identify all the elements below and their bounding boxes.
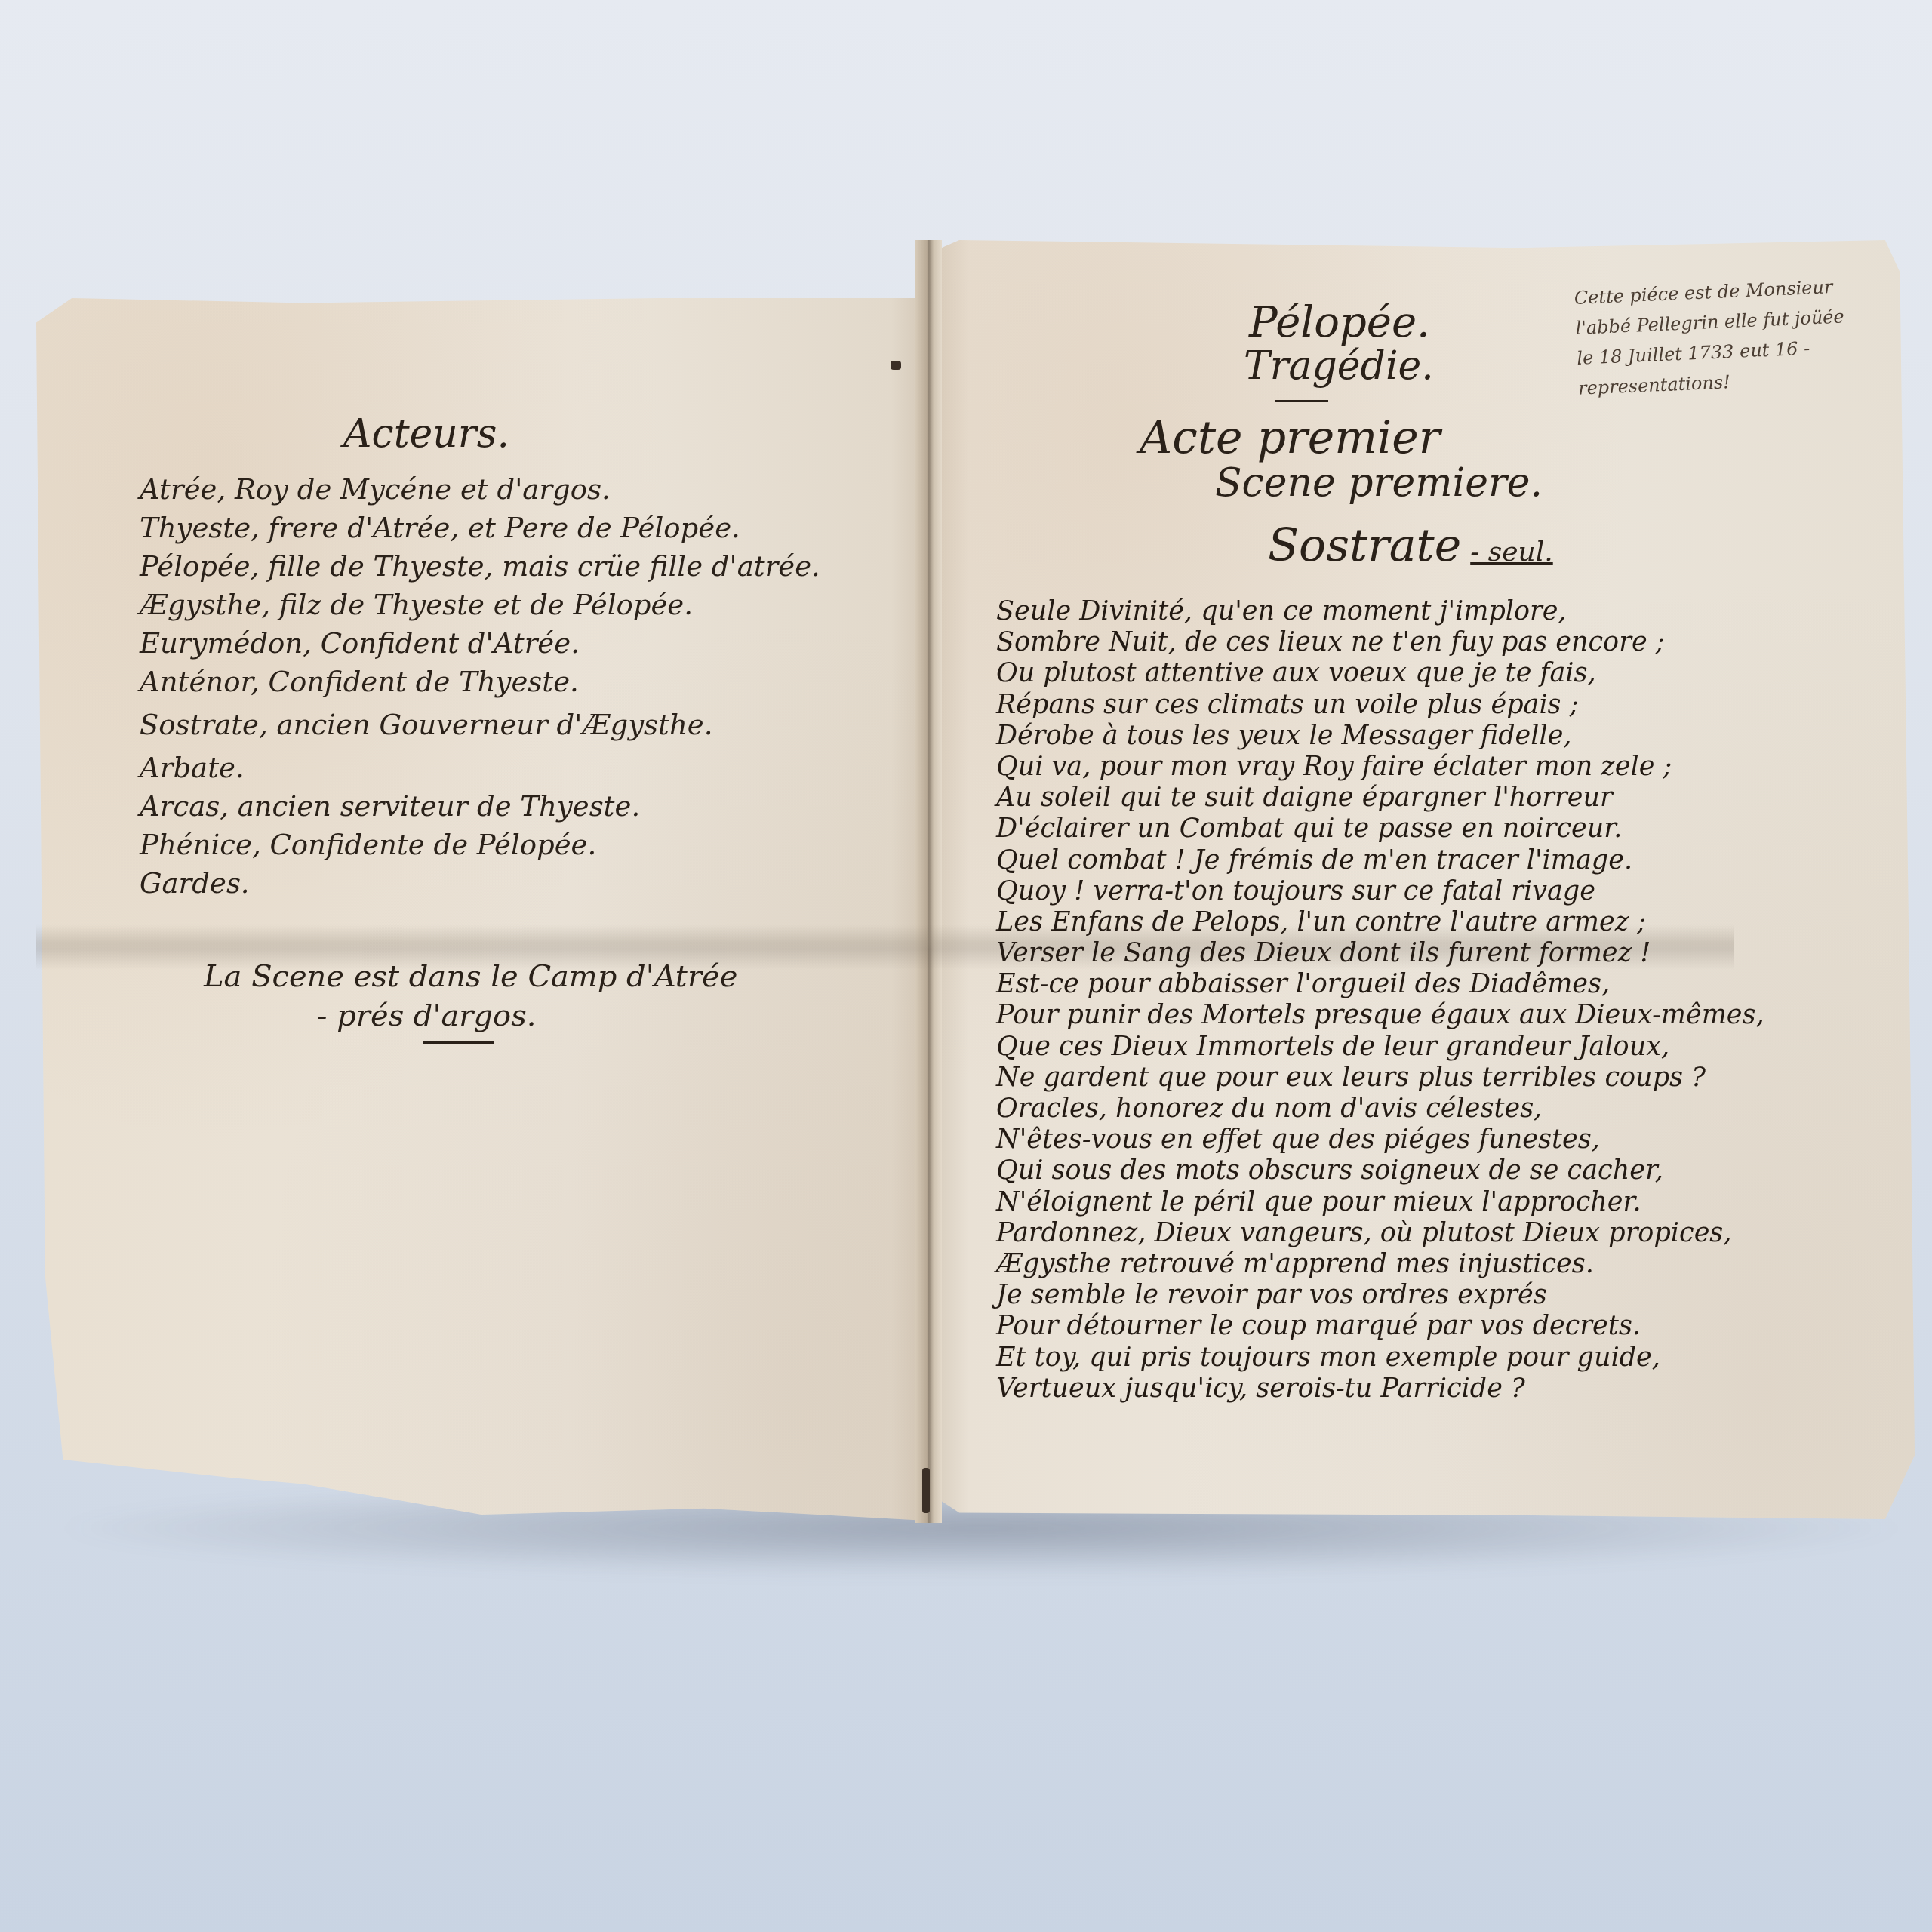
verse-line: Sombre Nuit, de ces lieux ne t'en fuy pa… bbox=[996, 627, 1764, 658]
character-heading: Sostrate- seul. bbox=[1268, 519, 1553, 572]
verse-line: Dérobe à tous les yeux le Messager fidel… bbox=[996, 721, 1764, 752]
verse-line: Oracles, honorez du nom d'avis célestes, bbox=[996, 1094, 1764, 1124]
cast-item: Eurymédon, Confident d'Atrée. bbox=[140, 629, 820, 668]
stage-direction: - seul. bbox=[1470, 537, 1553, 568]
cast-item: Anténor, Confident de Thyeste. bbox=[140, 668, 820, 706]
verse-line: Quoy ! verra-t'on toujours sur ce fatal … bbox=[996, 876, 1764, 907]
verse-line: Pour détourner le coup marqué par vos de… bbox=[996, 1311, 1764, 1342]
verse-line: Pour punir des Mortels presque égaux aux… bbox=[996, 1000, 1764, 1031]
setting-line-1: La Scene est dans le Camp d'Atrée bbox=[204, 959, 737, 994]
verse-line: D'éclairer un Combat qui te passe en noi… bbox=[996, 814, 1764, 844]
play-title: Pélopée. bbox=[1249, 298, 1430, 347]
margin-note: Cette piéce est de Monsieur l'abbé Pelle… bbox=[1574, 271, 1847, 403]
verse-line: Pardonnez, Dieux vangeurs, où plutost Di… bbox=[996, 1218, 1764, 1249]
scene-heading: Scene premiere. bbox=[1215, 460, 1543, 506]
cast-item: Atrée, Roy de Mycéne et d'argos. bbox=[140, 475, 820, 514]
cast-item: Arbate. bbox=[140, 754, 820, 792]
verse-line: Ægysthe retrouvé m'apprend mes injustice… bbox=[996, 1249, 1764, 1280]
cast-item: Gardes. bbox=[140, 869, 820, 908]
verse-line: Les Enfans de Pelops, l'un contre l'autr… bbox=[996, 907, 1764, 938]
verse-line: Ne gardent que pour eux leurs plus terri… bbox=[996, 1063, 1764, 1094]
cast-heading: Acteurs. bbox=[343, 411, 509, 457]
play-genre: Tragédie. bbox=[1244, 343, 1434, 389]
cast-item: Phénice, Confidente de Pélopée. bbox=[140, 831, 820, 869]
verse-block: Seule Divinité, qu'en ce moment j'implor… bbox=[996, 596, 1764, 1404]
cast-item: Pélopée, fille de Thyeste, mais crüe fil… bbox=[140, 552, 820, 591]
verse-line: Verser le Sang des Dieux dont ils furent… bbox=[996, 938, 1764, 969]
book-spine bbox=[915, 240, 942, 1523]
binding-thread-mark bbox=[891, 361, 901, 370]
verse-line: Au soleil qui te suit daigne épargner l'… bbox=[996, 783, 1764, 814]
cast-item: Ægysthe, filz de Thyeste et de Pélopée. bbox=[140, 591, 820, 629]
act-heading: Acte premier bbox=[1140, 411, 1441, 464]
cast-item: Thyeste, frere d'Atrée, et Pere de Pélop… bbox=[140, 514, 820, 552]
setting-line-2: - prés d'argos. bbox=[204, 996, 737, 1035]
setting-divider-rule bbox=[423, 1041, 494, 1044]
cast-list: Atrée, Roy de Mycéne et d'argos. Thyeste… bbox=[140, 475, 820, 908]
verse-line: Ou plutost attentive aux voeux que je te… bbox=[996, 658, 1764, 689]
cast-item: Sostrate, ancien Gouverneur d'Ægysthe. bbox=[140, 711, 820, 749]
scene-setting: La Scene est dans le Camp d'Atrée - prés… bbox=[204, 957, 737, 1035]
binding-thread-mark bbox=[922, 1468, 930, 1513]
character-name: Sostrate bbox=[1268, 519, 1461, 572]
verse-line: Quel combat ! Je frémis de m'en tracer l… bbox=[996, 845, 1764, 876]
verse-line: Répans sur ces climats un voile plus épa… bbox=[996, 690, 1764, 721]
verse-line: Qui sous des mots obscurs soigneux de se… bbox=[996, 1155, 1764, 1186]
verse-line: Qui va, pour mon vray Roy faire éclater … bbox=[996, 752, 1764, 783]
title-divider-rule bbox=[1275, 400, 1328, 402]
verse-line: Je semble le revoir par vos ordres expré… bbox=[996, 1280, 1764, 1311]
verse-line: Seule Divinité, qu'en ce moment j'implor… bbox=[996, 596, 1764, 627]
verse-line: Et toy, qui pris toujours mon exemple po… bbox=[996, 1343, 1764, 1374]
verse-line: N'êtes-vous en effet que des piéges fune… bbox=[996, 1124, 1764, 1155]
cast-item: Arcas, ancien serviteur de Thyeste. bbox=[140, 792, 820, 831]
verse-line: Est-ce pour abbaisser l'orgueil des Diad… bbox=[996, 969, 1764, 1000]
verse-line: Que ces Dieux Immortels de leur grandeur… bbox=[996, 1032, 1764, 1063]
verse-line: N'éloignent le péril que pour mieux l'ap… bbox=[996, 1187, 1764, 1218]
verse-line: Vertueux jusqu'icy, serois-tu Parricide … bbox=[996, 1374, 1764, 1404]
